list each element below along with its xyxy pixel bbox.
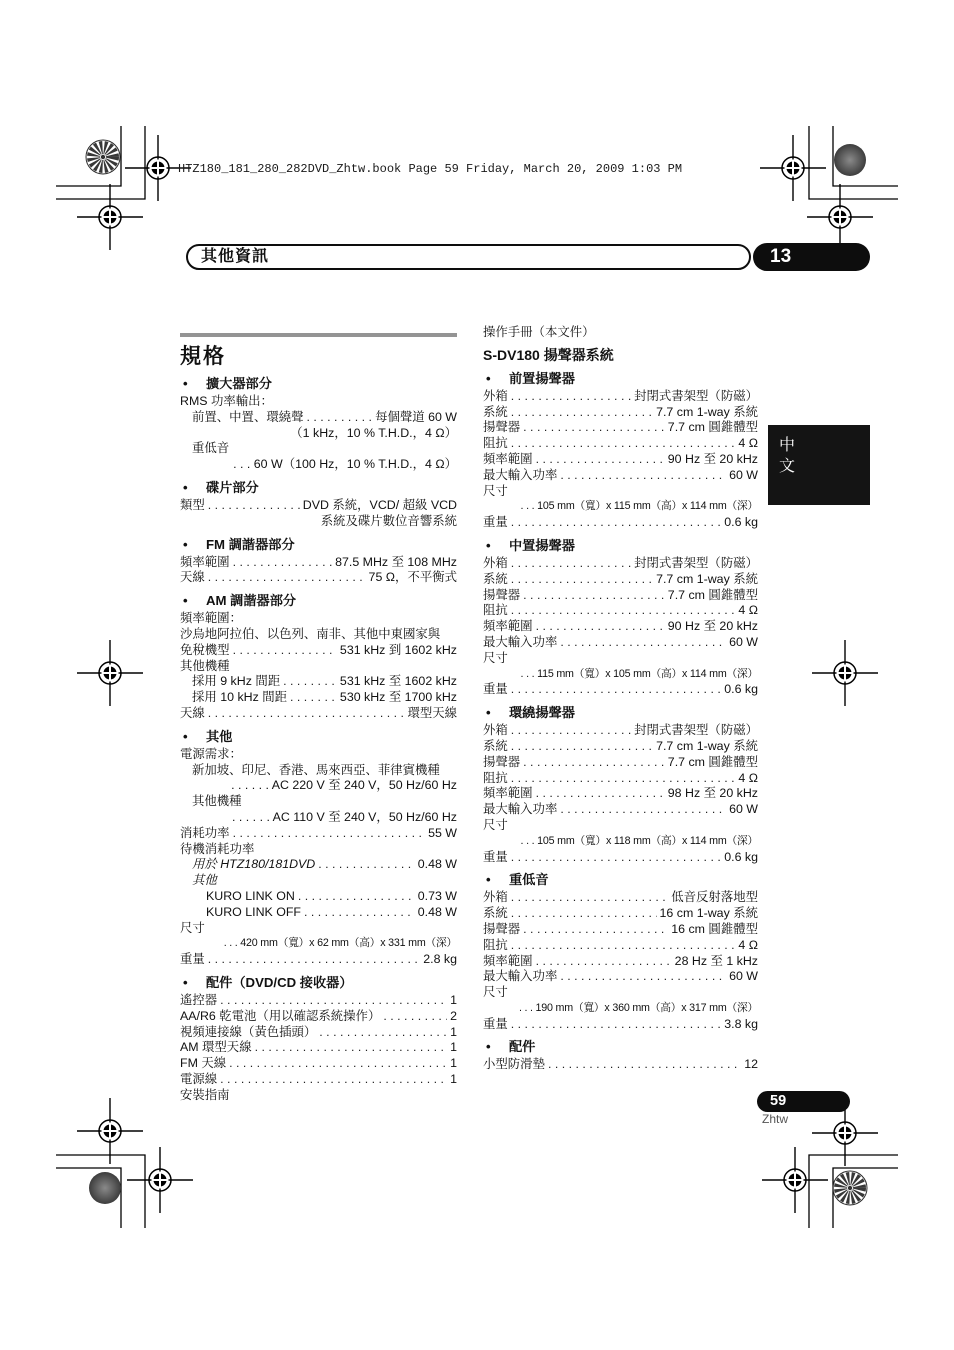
dot-leader: . . . . . . . . . . . . . . . . . . . . … (283, 674, 337, 690)
spec-value: DVD 系統，VCD/ 超級 VCD (303, 498, 457, 514)
crop-mark (56, 1168, 121, 1228)
spec-value: 0.73 W (418, 889, 457, 905)
spec-value: 低音反射落地型 (671, 890, 758, 906)
dot-leader: . . . . . . . . . . . . . . . . . . . . … (511, 739, 653, 755)
spec-line: 前置、中置、環繞聲. . . . . . . . . . . . . . . .… (180, 410, 457, 426)
spec-value: 每個聲道 60 W (375, 410, 457, 426)
spec-line: KURO LINK OFF. . . . . . . . . . . . . .… (180, 905, 457, 921)
spec-line: 揚聲器. . . . . . . . . . . . . . . . . . .… (483, 420, 758, 436)
spec-text: 其他機種 (180, 659, 457, 675)
spec-value: 4 Ω (738, 771, 758, 787)
left-column: 規格•擴大器部分RMS 功率輸出：前置、中置、環繞聲. . . . . . . … (180, 333, 457, 1103)
bullet-icon: • (180, 536, 206, 553)
spec-label: 系統 (483, 739, 508, 755)
bullet-icon: • (483, 370, 509, 387)
spec-label: 阻抗 (483, 603, 508, 619)
bullet-icon: • (483, 871, 509, 888)
crop-mark (809, 126, 898, 199)
bullet-heading: •重低音 (483, 871, 758, 888)
spec-label: 阻抗 (483, 938, 508, 954)
spec-text: 其他 (180, 873, 457, 889)
spec-line: 電源線. . . . . . . . . . . . . . . . . . .… (180, 1072, 457, 1088)
bullet-icon: • (483, 1038, 509, 1055)
spec-label: 免稅機型 (180, 643, 230, 659)
spec-line: 遙控器. . . . . . . . . . . . . . . . . . .… (180, 993, 457, 1009)
manual-page: HTZ180_181_280_282DVD_Zhtw.book Page 59 … (0, 0, 954, 1350)
spec-line: 最大輸入功率. . . . . . . . . . . . . . . . . … (483, 802, 758, 818)
spec-text: 尺寸 (483, 818, 758, 834)
spec-value: 1 (450, 1056, 457, 1072)
spec-line: 阻抗. . . . . . . . . . . . . . . . . . . … (483, 938, 758, 954)
spec-value: 531 kHz 到 1602 kHz (340, 643, 457, 659)
spec-label: 揚聲器 (483, 755, 520, 771)
spec-line: 阻抗. . . . . . . . . . . . . . . . . . . … (483, 603, 758, 619)
dot-leader: . . . . . . . . . . . . . . . . . . . . … (220, 1072, 447, 1088)
pinwheel-calibration-icon (833, 1171, 867, 1205)
spec-label: 阻抗 (483, 771, 508, 787)
pinwheel-calibration-icon (86, 140, 120, 174)
spec-value: 7.7 cm 圓錐體型 (668, 755, 758, 771)
spec-line: AM 環型天線. . . . . . . . . . . . . . . . .… (180, 1040, 457, 1056)
spec-label: 外箱 (483, 389, 508, 405)
dot-leader: . . . . . . . . . . . . . . . . . . . . … (523, 922, 668, 938)
halftone-dot-icon (89, 1172, 121, 1204)
halftone-dot-icon (834, 144, 866, 176)
spec-value: 4 Ω (738, 436, 758, 452)
dot-leader: . . . . . . . . . . . . . . . . . . . . … (208, 498, 300, 514)
language-side-tab: 中 文 (768, 425, 870, 505)
bullet-icon: • (180, 479, 206, 496)
spec-value: 530 kHz 至 1700 kHz (340, 690, 457, 706)
spec-text: 待機消耗功率 (180, 842, 457, 858)
spec-label: 用於 HTZ180/181DVD (192, 857, 315, 873)
spec-line: 天線. . . . . . . . . . . . . . . . . . . … (180, 706, 457, 722)
dot-leader: . . . . . . . . . . . . . . . . . . . . … (233, 555, 333, 571)
dot-leader: . . . . . . . . . . . . . . . . . . . . … (511, 723, 631, 739)
dot-leader: . . . . . . . . . . . . . . . . . . . . … (208, 570, 366, 586)
spec-line: FM 天線. . . . . . . . . . . . . . . . . .… (180, 1056, 457, 1072)
bullet-heading-label: 環繞揚聲器 (509, 704, 575, 721)
bullet-heading-label: 擴大器部分 (206, 375, 272, 392)
dot-leader: . . . . . . . . . . . . . . . . . . . . … (307, 410, 373, 426)
spec-label: AM 環型天線 (180, 1040, 252, 1056)
dot-leader: . . . . . . . . . . . . . . . . . . . . … (523, 755, 665, 771)
spec-label: 重量 (483, 850, 508, 866)
spec-text: 尺寸 (180, 921, 457, 937)
spec-label: 系統 (483, 405, 508, 421)
spec-label: 視頻連接線（黃色插頭） (180, 1025, 316, 1041)
dot-leader: . . . . . . . . . . . . . . . . . . . . … (255, 1040, 448, 1056)
dot-leader: . . . . . . . . . . . . . . . . . . . . … (233, 643, 337, 659)
spec-text: 操作手冊（本文件） (483, 325, 758, 341)
spec-line: 小型防滑墊. . . . . . . . . . . . . . . . . .… (483, 1057, 758, 1073)
section-title: 其他資訊 (188, 246, 749, 268)
spec-value: 16 cm 1-way 系統 (660, 906, 758, 922)
spec-text: 沙烏地阿拉伯、以色列、南非、其他中東國家與 (180, 627, 457, 643)
spec-label: 天線 (180, 570, 205, 586)
bullet-heading-label: AM 調諧器部分 (206, 592, 296, 609)
bullet-heading: •環繞揚聲器 (483, 704, 758, 721)
specs-heading: 規格 (180, 344, 457, 369)
dot-leader: . . . . . . . . . . . . . . . . . . . . … (208, 706, 405, 722)
spec-label: 頻率範圍 (483, 954, 533, 970)
spec-line: 重量. . . . . . . . . . . . . . . . . . . … (483, 1017, 758, 1033)
spec-value: 7.7 cm 1-way 系統 (656, 405, 758, 421)
spec-line: 重量. . . . . . . . . . . . . . . . . . . … (180, 952, 457, 968)
spec-line: 頻率範圍. . . . . . . . . . . . . . . . . . … (483, 786, 758, 802)
spec-value: 3.8 kg (724, 1017, 758, 1033)
spec-line: 外箱. . . . . . . . . . . . . . . . . . . … (483, 890, 758, 906)
spec-label: 電源線 (180, 1072, 217, 1088)
bullet-heading-label: 配件（DVD/CD 接收器） (206, 974, 353, 991)
bullet-heading-label: 配件 (509, 1038, 535, 1055)
spec-text: 頻率範圍： (180, 611, 457, 627)
bullet-heading: •配件（DVD/CD 接收器） (180, 974, 457, 991)
spec-line: 揚聲器. . . . . . . . . . . . . . . . . . .… (483, 588, 758, 604)
dot-leader: . . . . . . . . . . . . . . . . . . . . … (319, 1025, 447, 1041)
dot-leader: . . . . . . . . . . . . . . . . . . . . … (548, 1057, 741, 1073)
spec-line: 頻率範圍. . . . . . . . . . . . . . . . . . … (483, 619, 758, 635)
bullet-heading-label: FM 調諧器部分 (206, 536, 295, 553)
registration-mark-icon (807, 184, 873, 250)
bullet-heading: •配件 (483, 1038, 758, 1055)
spec-text: 安裝指南 (180, 1088, 457, 1104)
dot-leader: . . . . . . . . . . . . . . . . . . . . … (560, 635, 726, 651)
spec-value: 1 (450, 1040, 457, 1056)
spec-label: 重量 (483, 515, 508, 531)
spec-value: 環型天線 (407, 706, 457, 722)
spec-value: 531 kHz 至 1602 kHz (340, 674, 457, 690)
spec-line: 最大輸入功率. . . . . . . . . . . . . . . . . … (483, 635, 758, 651)
spec-line: 採用 10 kHz 間距. . . . . . . . . . . . . . … (180, 690, 457, 706)
dot-leader: . . . . . . . . . . . . . . . . . . . . … (304, 905, 415, 921)
spec-label: FM 天線 (180, 1056, 226, 1072)
bullet-icon: • (180, 728, 206, 745)
spec-value: 1 (450, 1072, 457, 1088)
spec-line: 系統. . . . . . . . . . . . . . . . . . . … (483, 405, 758, 421)
spec-label: 採用 9 kHz 間距 (192, 674, 280, 690)
spec-line: 系統. . . . . . . . . . . . . . . . . . . … (483, 739, 758, 755)
bullet-heading-label: 其他 (206, 728, 232, 745)
spec-line: 重量. . . . . . . . . . . . . . . . . . . … (483, 850, 758, 866)
bullet-heading-label: 重低音 (509, 871, 549, 888)
spec-label: AA/R6 乾電池（用以確認系統操作） (180, 1009, 380, 1025)
bullet-icon: • (180, 974, 206, 991)
spec-value: 2.8 kg (423, 952, 457, 968)
spec-text: 尺寸 (483, 985, 758, 1001)
registration-mark-icon (762, 1147, 828, 1213)
dot-leader: . . . . . . . . . . . . . . . . . . . . … (511, 771, 736, 787)
spec-dimensions: . . . 420 mm（寬）x 62 mm（高）x 331 mm（深） (180, 936, 457, 952)
dot-leader: . . . . . . . . . . . . . . . . . . . . … (536, 954, 672, 970)
spec-label: 重量 (180, 952, 205, 968)
bullet-icon: • (483, 704, 509, 721)
spec-value: 4 Ω (738, 938, 758, 954)
spec-value: 1 (450, 1025, 457, 1041)
bullet-heading: •前置揚聲器 (483, 370, 758, 387)
spec-label: 類型 (180, 498, 205, 514)
spec-value: 60 W (729, 635, 758, 651)
dot-leader: . . . . . . . . . . . . . . . . . . . . … (229, 1056, 447, 1072)
spec-label: 外箱 (483, 890, 508, 906)
spec-line: AA/R6 乾電池（用以確認系統操作）. . . . . . . . . . .… (180, 1009, 457, 1025)
spec-label: 最大輸入功率 (483, 635, 557, 651)
spec-label: 頻率範圍 (180, 555, 230, 571)
spec-label: 遙控器 (180, 993, 217, 1009)
spec-text: 其他機種 (180, 794, 457, 810)
spec-text: 新加坡、印尼、香港、馬來西亞、菲律賓機種 (180, 763, 457, 779)
spec-line: 阻抗. . . . . . . . . . . . . . . . . . . … (483, 436, 758, 452)
spec-line: 揚聲器. . . . . . . . . . . . . . . . . . .… (483, 755, 758, 771)
spec-label: 外箱 (483, 556, 508, 572)
bullet-heading: •AM 調諧器部分 (180, 592, 457, 609)
spec-line: KURO LINK ON. . . . . . . . . . . . . . … (180, 889, 457, 905)
spec-value: 封閉式書架型（防磁） (634, 389, 758, 405)
side-tab-char: 文 (768, 456, 870, 477)
spec-dimensions: . . . 105 mm（寬）x 115 mm（高）x 114 mm（深） (483, 499, 758, 515)
spec-line: 頻率範圍. . . . . . . . . . . . . . . . . . … (180, 555, 457, 571)
dot-leader: . . . . . . . . . . . . . . . . . . . . … (511, 1017, 721, 1033)
spec-label: 頻率範圍 (483, 786, 533, 802)
spec-value: 60 W (729, 802, 758, 818)
spec-text: 尺寸 (483, 484, 758, 500)
bullet-icon: • (180, 592, 206, 609)
spec-label: 重量 (483, 1017, 508, 1033)
chapter-number-badge: 13 (753, 243, 870, 271)
section-header-bar: 其他資訊 (186, 244, 751, 270)
spec-value: 12 (744, 1057, 758, 1073)
spec-line: 外箱. . . . . . . . . . . . . . . . . . . … (483, 389, 758, 405)
language-code-label: Zhtw (762, 1112, 788, 1126)
spec-line: 消耗功率. . . . . . . . . . . . . . . . . . … (180, 826, 457, 842)
dot-leader: . . . . . . . . . . . . . . . . . . . . … (511, 682, 721, 698)
spec-label: 消耗功率 (180, 826, 230, 842)
bullet-heading-label: 中置揚聲器 (509, 537, 575, 554)
spec-label: 小型防滑墊 (483, 1057, 545, 1073)
dot-leader: . . . . . . . . . . . . . . . . . . . . … (233, 826, 426, 842)
spec-label: 最大輸入功率 (483, 969, 557, 985)
spec-line: 阻抗. . . . . . . . . . . . . . . . . . . … (483, 771, 758, 787)
spec-value: 90 Hz 至 20 kHz (668, 619, 758, 635)
spec-line: 視頻連接線（黃色插頭）. . . . . . . . . . . . . . .… (180, 1025, 457, 1041)
spec-dimensions: . . . 105 mm（寬）x 118 mm（高）x 114 mm（深） (483, 834, 758, 850)
spec-text: 重低音 (180, 441, 457, 457)
spec-label: 揚聲器 (483, 922, 520, 938)
right-column: 操作手冊（本文件）S-DV180 揚聲器系統•前置揚聲器外箱. . . . . … (483, 325, 758, 1073)
bullet-heading: •其他 (180, 728, 457, 745)
crop-mark (56, 1155, 145, 1228)
bullet-icon: • (180, 375, 206, 392)
spec-value: 90 Hz 至 20 kHz (668, 452, 758, 468)
bullet-heading: •碟片部分 (180, 479, 457, 496)
spec-label: KURO LINK OFF (206, 905, 301, 921)
book-header-text: HTZ180_181_280_282DVD_Zhtw.book Page 59 … (178, 162, 682, 176)
bullet-heading: •FM 調諧器部分 (180, 536, 457, 553)
dot-leader: . . . . . . . . . . . . . . . . . . . . … (560, 802, 726, 818)
bullet-heading-label: 碟片部分 (206, 479, 259, 496)
speaker-system-heading: S-DV180 揚聲器系統 (483, 346, 758, 364)
dot-leader: . . . . . . . . . . . . . . . . . . . . … (511, 556, 631, 572)
dot-leader: . . . . . . . . . . . . . . . . . . . . … (560, 969, 726, 985)
spec-value: 2 (450, 1009, 457, 1025)
dot-leader: . . . . . . . . . . . . . . . . . . . . … (511, 572, 653, 588)
spec-value: 0.6 kg (724, 850, 758, 866)
spec-value: 封閉式書架型（防磁） (634, 556, 758, 572)
dot-leader: . . . . . . . . . . . . . . . . . . . . … (208, 952, 420, 968)
registration-mark-icon (77, 640, 143, 706)
dot-leader: . . . . . . . . . . . . . . . . . . . . … (220, 993, 447, 1009)
spec-label: KURO LINK ON (206, 889, 295, 905)
crop-mark (56, 126, 121, 186)
spec-text: RMS 功率輸出： (180, 394, 457, 410)
section-rule (180, 333, 457, 337)
crop-mark (809, 1155, 898, 1228)
spec-label: 頻率範圍 (483, 619, 533, 635)
spec-value: 98 Hz 至 20 kHz (668, 786, 758, 802)
spec-line: 天線. . . . . . . . . . . . . . . . . . . … (180, 570, 457, 586)
spec-label: 重量 (483, 682, 508, 698)
spec-label: 頻率範圍 (483, 452, 533, 468)
dot-leader: . . . . . . . . . . . . . . . . . . . . … (511, 890, 668, 906)
spec-value: 0.48 W (418, 857, 457, 873)
spec-value: 87.5 MHz 至 108 MHz (335, 555, 457, 571)
spec-line: 系統. . . . . . . . . . . . . . . . . . . … (483, 572, 758, 588)
spec-line: 最大輸入功率. . . . . . . . . . . . . . . . . … (483, 969, 758, 985)
dot-leader: . . . . . . . . . . . . . . . . . . . . … (511, 603, 736, 619)
spec-label: 阻抗 (483, 436, 508, 452)
spec-line: 最大輸入功率. . . . . . . . . . . . . . . . . … (483, 468, 758, 484)
spec-label: 前置、中置、環繞聲 (192, 410, 304, 426)
registration-mark-icon (77, 184, 143, 250)
spec-label: 系統 (483, 906, 508, 922)
spec-line: 免稅機型. . . . . . . . . . . . . . . . . . … (180, 643, 457, 659)
spec-label: 揚聲器 (483, 420, 520, 436)
spec-value: 16 cm 圓錐體型 (671, 922, 758, 938)
spec-value: 封閉式書架型（防磁） (634, 723, 758, 739)
spec-label: 最大輸入功率 (483, 802, 557, 818)
crop-mark (56, 126, 145, 199)
crop-mark (833, 126, 898, 186)
spec-continuation: . . . 60 W（100 Hz，10 % T.H.D.，4 Ω） (180, 457, 457, 473)
spec-value: 7.7 cm 1-way 系統 (656, 739, 758, 755)
spec-value: 0.6 kg (724, 515, 758, 531)
spec-text: 尺寸 (483, 651, 758, 667)
dot-leader: . . . . . . . . . . . . . . . . . . . . … (511, 515, 721, 531)
spec-line: 用於 HTZ180/181DVD. . . . . . . . . . . . … (180, 857, 457, 873)
registration-mark-icon (812, 640, 878, 706)
spec-line: 重量. . . . . . . . . . . . . . . . . . . … (483, 515, 758, 531)
spec-line: 外箱. . . . . . . . . . . . . . . . . . . … (483, 723, 758, 739)
dot-leader: . . . . . . . . . . . . . . . . . . . . … (523, 588, 665, 604)
registration-mark-icon (127, 1147, 193, 1213)
dot-leader: . . . . . . . . . . . . . . . . . . . . … (536, 452, 665, 468)
spec-value: 0.6 kg (724, 682, 758, 698)
spec-label: 天線 (180, 706, 205, 722)
spec-label: 最大輸入功率 (483, 468, 557, 484)
spec-dimensions: . . . 115 mm（寬）x 105 mm（高）x 114 mm（深） (483, 667, 758, 683)
registration-mark-icon (760, 135, 826, 201)
spec-label: 系統 (483, 572, 508, 588)
spec-line: 類型. . . . . . . . . . . . . . . . . . . … (180, 498, 457, 514)
dot-leader: . . . . . . . . . . . . . . . . . . . . … (511, 906, 657, 922)
spec-value: 7.7 cm 圓錐體型 (668, 420, 758, 436)
spec-value: 1 (450, 993, 457, 1009)
spec-value: 4 Ω (738, 603, 758, 619)
spec-value: 0.48 W (418, 905, 457, 921)
spec-value: 75 Ω，不平衡式 (369, 570, 457, 586)
spec-line: 外箱. . . . . . . . . . . . . . . . . . . … (483, 556, 758, 572)
dot-leader: . . . . . . . . . . . . . . . . . . . . … (383, 1009, 447, 1025)
bullet-heading-label: 前置揚聲器 (509, 370, 575, 387)
dot-leader: . . . . . . . . . . . . . . . . . . . . … (536, 619, 665, 635)
spec-continuation: 系統及碟片數位音響系統 (180, 514, 457, 530)
dot-leader: . . . . . . . . . . . . . . . . . . . . … (290, 690, 337, 706)
spec-label: 揚聲器 (483, 588, 520, 604)
bullet-heading: •擴大器部分 (180, 375, 457, 392)
spec-value: 60 W (729, 468, 758, 484)
printer-marks-layer (0, 0, 954, 1350)
bullet-icon: • (483, 537, 509, 554)
dot-leader: . . . . . . . . . . . . . . . . . . . . … (511, 850, 721, 866)
spec-text: 電源需求： (180, 747, 457, 763)
dot-leader: . . . . . . . . . . . . . . . . . . . . … (318, 857, 414, 873)
dot-leader: . . . . . . . . . . . . . . . . . . . . … (511, 389, 631, 405)
spec-line: 採用 9 kHz 間距. . . . . . . . . . . . . . .… (180, 674, 457, 690)
spec-line: 頻率範圍. . . . . . . . . . . . . . . . . . … (483, 954, 758, 970)
spec-label: 採用 10 kHz 間距 (192, 690, 287, 706)
page-number-badge: 59 (757, 1091, 850, 1112)
dot-leader: . . . . . . . . . . . . . . . . . . . . … (298, 889, 415, 905)
spec-continuation: . . . . . . AC 110 V 至 240 V，50 Hz/60 Hz (180, 810, 457, 826)
crop-mark (833, 1168, 898, 1228)
spec-dimensions: . . . 190 mm（寬）x 360 mm（高）x 317 mm（深） (483, 1001, 758, 1017)
spec-continuation: （1 kHz，10 % T.H.D.，4 Ω） (180, 426, 457, 442)
side-tab-char: 中 (768, 425, 870, 456)
spec-value: 55 W (428, 826, 457, 842)
dot-leader: . . . . . . . . . . . . . . . . . . . . … (560, 468, 726, 484)
spec-value: 7.7 cm 圓錐體型 (668, 588, 758, 604)
dot-leader: . . . . . . . . . . . . . . . . . . . . … (511, 938, 736, 954)
dot-leader: . . . . . . . . . . . . . . . . . . . . … (511, 405, 653, 421)
spec-line: 揚聲器. . . . . . . . . . . . . . . . . . .… (483, 922, 758, 938)
spec-value: 28 Hz 至 1 kHz (675, 954, 758, 970)
dot-leader: . . . . . . . . . . . . . . . . . . . . … (523, 420, 665, 436)
spec-line: 重量. . . . . . . . . . . . . . . . . . . … (483, 682, 758, 698)
spec-line: 系統. . . . . . . . . . . . . . . . . . . … (483, 906, 758, 922)
dot-leader: . . . . . . . . . . . . . . . . . . . . … (511, 436, 736, 452)
dot-leader: . . . . . . . . . . . . . . . . . . . . … (536, 786, 665, 802)
registration-mark-icon (77, 1098, 143, 1164)
spec-line: 頻率範圍. . . . . . . . . . . . . . . . . . … (483, 452, 758, 468)
spec-continuation: . . . . . . AC 220 V 至 240 V，50 Hz/60 Hz (180, 778, 457, 794)
bullet-heading: •中置揚聲器 (483, 537, 758, 554)
spec-value: 60 W (729, 969, 758, 985)
spec-value: 7.7 cm 1-way 系統 (656, 572, 758, 588)
spec-label: 外箱 (483, 723, 508, 739)
